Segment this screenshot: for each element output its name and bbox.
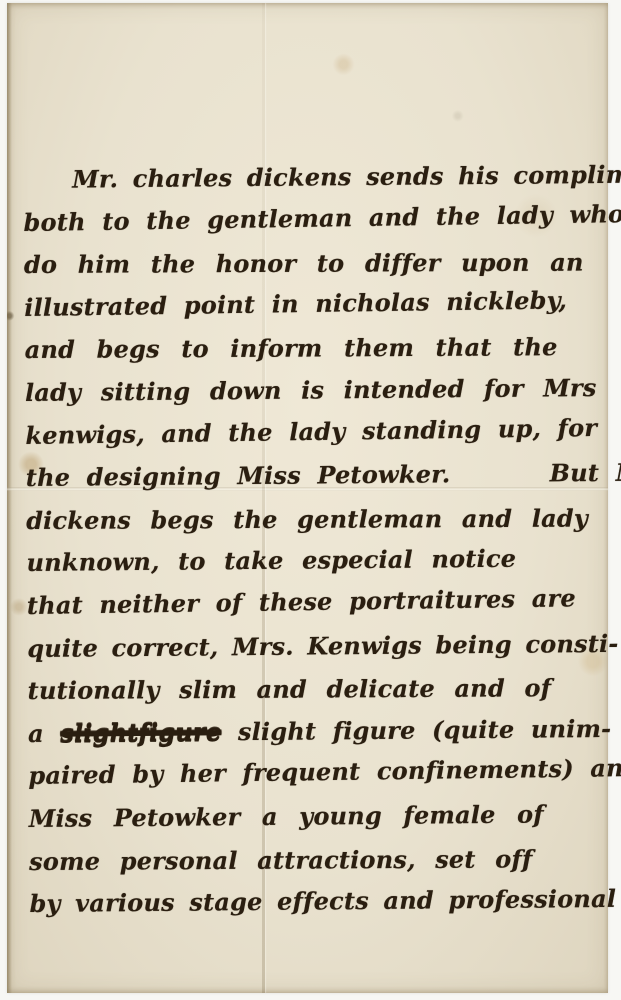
letter-line-text: unknown, to take especial notice: [26, 544, 516, 577]
letter-text: Mr. charles dickens sends his compliment…: [23, 154, 618, 926]
letter-paper: Mr. charles dickens sends his compliment…: [7, 3, 608, 993]
struck-out-text: slightfigure: [60, 717, 221, 747]
letter-line-text: quite correct, Mrs. Kenwigs being consti…: [27, 628, 618, 662]
paper-left-edge: [7, 3, 12, 993]
letter-line-text: Mr. charles dickens sends his compliment…: [72, 159, 621, 193]
letter-line-text: illustrated point in nicholas nickleby,: [24, 285, 567, 322]
letter-line-text: Miss Petowker a young female of: [29, 799, 544, 832]
letter-line: Miss Petowker a young female of: [29, 793, 617, 841]
letter-line: tutionally slim and delicate and of: [28, 667, 616, 713]
letter-line: by various stage effects and professiona…: [29, 878, 617, 926]
letter-line-text: do him the honor to differ upon an: [24, 248, 584, 279]
letter-line-text: a: [28, 718, 61, 747]
letter-line-text: lady sitting down is intended for Mrs: [25, 373, 597, 407]
letter-line-text: paired by her frequent confinements) and: [28, 753, 621, 790]
letter-line: paired by her frequent confinements) and: [28, 748, 617, 798]
letter-line-text: dickens begs the gentleman and lady: [26, 503, 588, 534]
letter-line: the designing Miss Petowker. But Mr: [26, 452, 614, 500]
letter-line: that neither of these portraitures are: [27, 577, 616, 628]
letter-line-text: tutionally slim and delicate and of: [28, 673, 552, 705]
letter-photograph: Mr. charles dickens sends his compliment…: [0, 0, 621, 1000]
letter-line-text: that neither of these portraitures are: [27, 583, 576, 620]
letter-line: and begs to inform them that the: [25, 326, 613, 372]
letter-line: both to the gentleman and the lady who: [23, 193, 612, 244]
letter-line-text: both to the gentleman and the lady who: [23, 199, 621, 237]
letter-line: dickens begs the gentleman and lady: [26, 497, 614, 542]
letter-line-text: slight figure (quite unim-: [221, 714, 611, 746]
letter-line-text: and begs to inform them that the: [25, 333, 558, 365]
letter-line: some personal attractions, set off: [29, 837, 617, 883]
letter-line: kenwigs, and the lady standing up, for: [25, 406, 614, 457]
letter-line: illustrated point in nicholas nickleby,: [24, 279, 613, 330]
letter-line-text: by various stage effects and professiona…: [29, 884, 616, 918]
letter-line: quite correct, Mrs. Kenwigs being consti…: [27, 622, 615, 670]
letter-line-text: kenwigs, and the lady standing up, for: [25, 413, 597, 450]
letter-line-text: some personal attractions, set off: [29, 844, 532, 876]
letter-line-text: the designing Miss Petowker. But Mr: [26, 458, 621, 492]
